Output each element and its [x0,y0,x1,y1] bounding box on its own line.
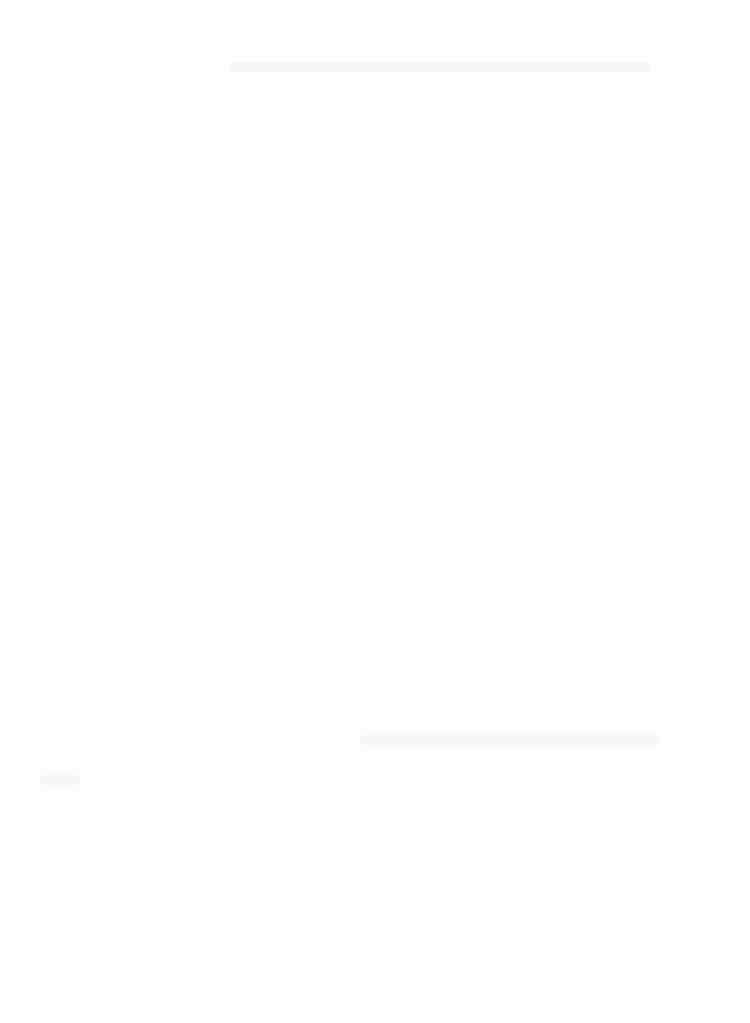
show-through-mark [230,62,650,72]
show-through-mark [40,775,80,785]
show-through-mark [360,735,660,745]
book-page [0,0,750,1023]
